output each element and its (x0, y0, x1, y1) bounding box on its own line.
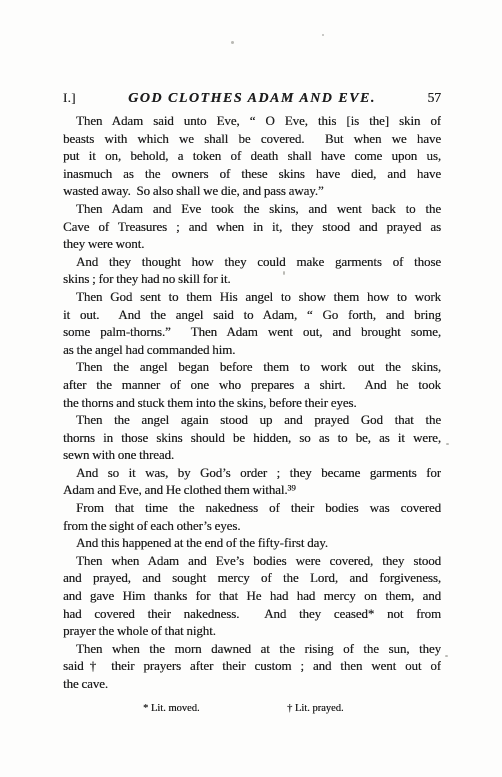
text-line: Then when Adam and Eve’s bodies were cov… (63, 552, 441, 570)
chapter-marker: I.] (63, 91, 107, 106)
text-line: Then Adam and Eve took the skins, and we… (63, 200, 441, 218)
text-line: some palm-thorns.” Then Adam went out, a… (63, 323, 441, 341)
text-line: wasted away. So also shall we die, and p… (63, 182, 441, 200)
footnote-moved: * Lit. moved. (143, 703, 200, 714)
book-page: I.] GOD CLOTHES ADAM AND EVE. 57 Then Ad… (0, 0, 502, 777)
text-line: as the angel had commanded him. (63, 341, 441, 359)
text-line: beasts with which we shall be covered. B… (63, 130, 441, 148)
text-line: said† their prayers after their custom ;… (63, 657, 441, 675)
paragraph: And so it was, by God’s order ; they bec… (63, 464, 441, 499)
text-line: Then God sent to them His angel to show … (63, 288, 441, 306)
text-line: the cave. (63, 675, 441, 693)
text-line: put it on, behold, a token of death shal… (63, 147, 441, 165)
text-line: And they thought how they could make gar… (63, 253, 441, 271)
page-number: 57 (397, 90, 441, 106)
text-line: skins ; for they had no skill for it. (63, 270, 441, 288)
text-line: sewn with one thread. (63, 446, 441, 464)
paragraph: Then God sent to them His angel to show … (63, 288, 441, 358)
text-line: after the manner of one who prepares a s… (63, 376, 441, 394)
text-line: Then the angel again stood up and prayed… (63, 411, 441, 429)
text-line: Adam and Eve, and He clothed them withal… (63, 481, 441, 499)
text-line: had covered their nakedness. And they ce… (63, 605, 441, 623)
footnotes: * Lit. moved. † Lit. prayed. (63, 703, 441, 719)
running-header: I.] GOD CLOTHES ADAM AND EVE. 57 (63, 90, 441, 105)
paragraph: Then when Adam and Eve’s bodies were cov… (63, 552, 441, 640)
paragraph: Then the angel again stood up and prayed… (63, 411, 441, 464)
text-line: inasmuch as the owners of these skins ha… (63, 165, 441, 183)
text-line: thorns in those skins should be hidden, … (63, 429, 441, 447)
scan-speck (322, 34, 324, 36)
scan-speck (445, 655, 448, 657)
text-line: Then when the morn dawned at the rising … (63, 640, 441, 658)
paragraph: Then the angel began before them to work… (63, 358, 441, 411)
paragraph: From that time the nakedness of their bo… (63, 499, 441, 534)
text-line: the thorns and stuck them into the skins… (63, 394, 441, 412)
paragraph: And this happened at the end of the fift… (63, 534, 441, 552)
text-line: prayer the whole of that night. (63, 622, 441, 640)
text-line: And this happened at the end of the fift… (63, 534, 441, 552)
text-line: and gave Him thanks for that He had had … (63, 587, 441, 605)
text-line: it out. And the angel said to Adam, “ Go… (63, 306, 441, 324)
text-line: from the sight of each other’s eyes. (63, 517, 441, 535)
text-line: Then Adam said unto Eve, “ O Eve, this [… (63, 112, 441, 130)
text-line: and prayed, and sought mercy of the Lord… (63, 569, 441, 587)
footnote-prayed: † Lit. prayed. (287, 703, 344, 714)
paragraph: Then Adam said unto Eve, “ O Eve, this [… (63, 112, 441, 200)
text-line: Cave of Treasures ; and when in it, they… (63, 218, 441, 236)
scan-speck (283, 271, 285, 275)
scan-speck (231, 41, 234, 44)
running-title: GOD CLOTHES ADAM AND EVE. (107, 91, 397, 107)
text-line: And so it was, by God’s order ; they bec… (63, 464, 441, 482)
text-block: I.] GOD CLOTHES ADAM AND EVE. 57 Then Ad… (63, 90, 441, 693)
text-line: From that time the nakedness of their bo… (63, 499, 441, 517)
paragraph: Then when the morn dawned at the rising … (63, 640, 441, 693)
scan-speck (446, 443, 449, 445)
text-line: Then the angel began before them to work… (63, 358, 441, 376)
paragraph: Then Adam and Eve took the skins, and we… (63, 200, 441, 253)
body-text: Then Adam said unto Eve, “ O Eve, this [… (63, 112, 441, 693)
paragraph: And they thought how they could make gar… (63, 253, 441, 288)
text-line: they were wont. (63, 235, 441, 253)
